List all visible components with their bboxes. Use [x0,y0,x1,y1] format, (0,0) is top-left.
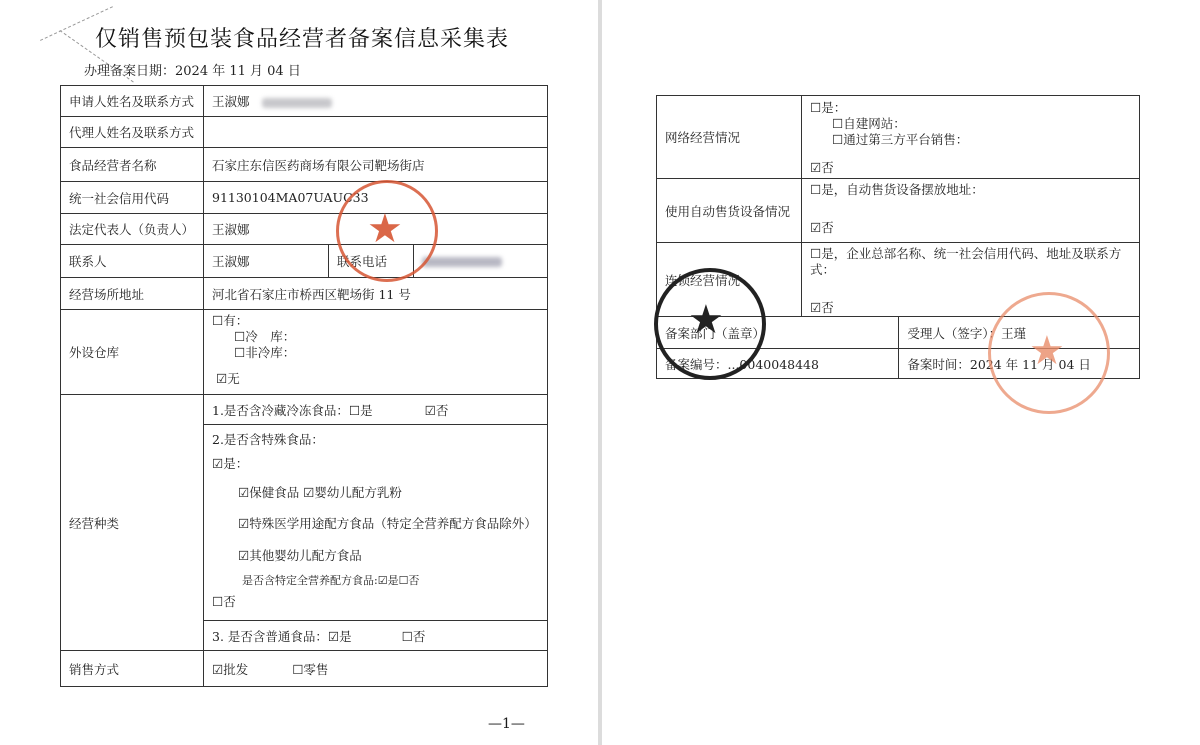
info-form-table: 申请人姓名及联系方式 王淑娜 代理人姓名及联系方式 食品经营者名称 石家庄东信医… [60,85,548,687]
agent-label: 代理人姓名及联系方式 [61,117,204,148]
online-own-site-option: ☐自建网站： [810,116,1131,132]
dept-stamp-label: 备案部门（盖章） [657,317,899,349]
special-food-no: ☐否 [212,589,539,615]
contact-label: 联系人 [61,245,204,278]
info-form-table-continued: 网络经营情况 ☐是： ☐自建网站： ☐通过第三方平台销售： ☑否 使用自动售货设… [656,95,1140,379]
cold-food-no: ☑否 [425,403,449,418]
credit-code-value: 91130104MA07UAUC33 [204,182,548,214]
table-row: 申请人姓名及联系方式 王淑娜 [61,86,548,117]
address-label: 经营场所地址 [61,278,204,310]
table-row: 联系人 王淑娜 联系电话 [61,245,548,278]
special-food-question: 2.是否含特殊食品： [212,429,539,451]
redacted-phone [422,257,502,267]
contact-value: 王淑娜 [204,245,329,278]
online-options: ☐是： ☐自建网站： ☐通过第三方平台销售： ☑否 [802,96,1140,179]
online-yes-option: ☐是： [810,100,1131,116]
record-number-label: 备案编号： [665,357,728,372]
table-row: 法定代表人（负责人） 王淑娜 [61,214,548,245]
table-row: 连锁经营情况 ☐是，企业总部名称、统一社会信用代码、地址及联系方式： ☑否 [657,243,1140,317]
table-row: 经营种类 1.是否含冷藏冷冻食品：☐是☑否 [61,395,548,425]
sales-wholesale-option: ☑批发 [212,662,248,677]
applicant-name: 王淑娜 [212,94,250,109]
cold-food-question: 1.是否含冷藏冷冻食品：☐是 [212,403,373,418]
special-food-option-health: ☑保健食品 ☑婴幼儿配方乳粉 [212,477,539,509]
agent-value [204,117,548,148]
chain-label: 连锁经营情况 [657,243,802,317]
category-q2: 2.是否含特殊食品： ☑是： ☑保健食品 ☑婴幼儿配方乳粉 ☑特殊医学用途配方食… [204,425,548,621]
operator-name-label: 食品经营者名称 [61,148,204,182]
chain-no-option: ☑否 [810,300,1131,316]
chain-yes-option: ☐是，企业总部名称、统一社会信用代码、地址及联系方式： [810,246,1131,278]
table-row: 外设仓库 ☐有： ☐冷 库： ☐非冷库： ☑无 [61,310,548,395]
category-label: 经营种类 [61,395,204,651]
general-food-question: 3. 是否含普通食品：☑是 [212,629,352,644]
table-row: 备案编号：...0040048448 备案时间：2024 年 11 月 04 日 [657,349,1140,379]
special-food-option-infant: ☑其他婴幼儿配方食品 [212,539,539,573]
category-q1: 1.是否含冷藏冷冻食品：☐是☑否 [204,395,548,425]
record-number-value: ...0040048448 [728,357,819,372]
online-third-party-option: ☐通过第三方平台销售： [810,132,1131,148]
full-nutrition-subquestion: 是否含特定全营养配方食品:☑是☐否 [212,573,539,589]
warehouse-options: ☐有： ☐冷 库： ☐非冷库： ☑无 [204,310,548,395]
filing-date: 办理备案日期：2024 年 11 月 04 日 [84,60,301,79]
legal-rep-value: 王淑娜 [204,214,548,245]
warehouse-none-option: ☑无 [212,371,539,387]
table-row: 销售方式 ☑批发☐零售 [61,651,548,687]
warehouse-cold-option: ☐冷 库： [212,329,539,345]
sales-method-label: 销售方式 [61,651,204,687]
special-food-yes: ☑是： [212,451,539,477]
document-page-2: 网络经营情况 ☐是： ☐自建网站： ☐通过第三方平台销售： ☑否 使用自动售货设… [602,0,1200,745]
document-page-1: 仅销售预包装食品经营者备案信息采集表 办理备案日期：2024 年 11 月 04… [0,0,598,745]
table-row: 统一社会信用代码 91130104MA07UAUC33 [61,182,548,214]
warehouse-noncold-option: ☐非冷库： [212,345,539,361]
contact-phone-label: 联系电话 [329,245,414,278]
legal-rep-label: 法定代表人（负责人） [61,214,204,245]
general-food-no: ☐否 [402,629,426,644]
credit-code-label: 统一社会信用代码 [61,182,204,214]
vending-yes-option: ☐是，自动售货设备摆放地址： [810,182,1131,198]
table-row: 食品经营者名称 石家庄东信医药商场有限公司靶场街店 [61,148,548,182]
chain-options: ☐是，企业总部名称、统一社会信用代码、地址及联系方式： ☑否 [802,243,1140,317]
redacted-phone [262,98,332,108]
vending-no-option: ☑否 [810,220,1131,236]
operator-name-value: 石家庄东信医药商场有限公司靶场街店 [204,148,548,182]
table-row: 使用自动售货设备情况 ☐是，自动售货设备摆放地址： ☑否 [657,179,1140,243]
address-value: 河北省石家庄市桥西区靶场街 11 号 [204,278,548,310]
vending-label: 使用自动售货设备情况 [657,179,802,243]
warehouse-label: 外设仓库 [61,310,204,395]
record-number: 备案编号：...0040048448 [657,349,899,379]
receiver-signature: 受理人（签字）：王瑾 [899,317,1140,349]
special-food-option-medical: ☑特殊医学用途配方食品（特定全营养配方食品除外） [212,509,539,539]
record-time: 备案时间：2024 年 11 月 04 日 [899,349,1140,379]
applicant-label: 申请人姓名及联系方式 [61,86,204,117]
page-number: —1— [488,716,525,732]
sales-method-value: ☑批发☐零售 [204,651,548,687]
table-row: 代理人姓名及联系方式 [61,117,548,148]
warehouse-yes-option: ☐有： [212,313,539,329]
document-title: 仅销售预包装食品经营者备案信息采集表 [95,22,509,53]
vending-options: ☐是，自动售货设备摆放地址： ☑否 [802,179,1140,243]
contact-phone-value [414,245,548,278]
table-row: 备案部门（盖章） 受理人（签字）：王瑾 [657,317,1140,349]
applicant-value: 王淑娜 [204,86,548,117]
table-row: 网络经营情况 ☐是： ☐自建网站： ☐通过第三方平台销售： ☑否 [657,96,1140,179]
online-label: 网络经营情况 [657,96,802,179]
sales-retail-option: ☐零售 [292,662,328,677]
table-row: 经营场所地址 河北省石家庄市桥西区靶场街 11 号 [61,278,548,310]
category-q3: 3. 是否含普通食品：☑是☐否 [204,621,548,651]
online-no-option: ☑否 [810,160,1131,176]
